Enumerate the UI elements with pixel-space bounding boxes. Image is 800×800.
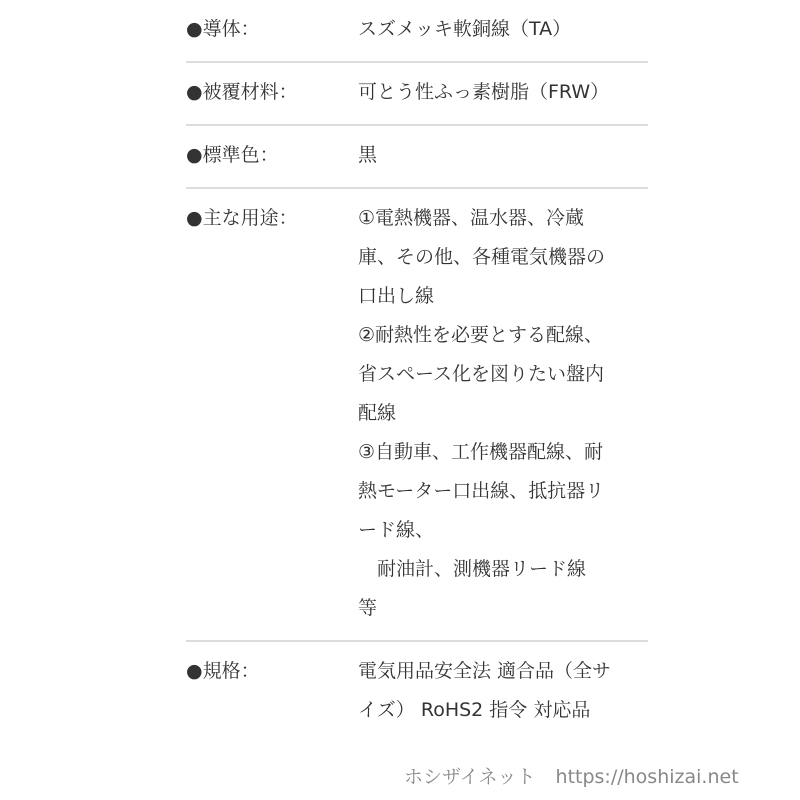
spec-label: ●規格： xyxy=(186,652,358,730)
spec-row-coating: ●被覆材料： 可とう性ふっ素樹脂（FRW） xyxy=(186,63,648,126)
spec-label: ●主な用途： xyxy=(186,199,358,628)
spec-value: スズメッキ軟銅線（TA） xyxy=(358,10,648,49)
spec-value: 黒 xyxy=(358,136,648,175)
spec-row-conductor: ●導体： スズメッキ軟銅線（TA） xyxy=(186,0,648,63)
spec-value: 可とう性ふっ素樹脂（FRW） xyxy=(358,73,648,112)
spec-value-line: 黒 xyxy=(358,136,648,175)
spec-value-line: スズメッキ軟銅線（TA） xyxy=(358,10,648,49)
spec-value-line: 等 xyxy=(358,589,648,628)
spec-row-color: ●標準色： 黒 xyxy=(186,126,648,189)
spec-value-line: ード線、 xyxy=(358,511,648,550)
spec-label: ●被覆材料： xyxy=(186,73,358,112)
spec-value-line: 耐油計、測機器リード線 xyxy=(358,550,648,589)
spec-value-line: 庫、その他、各種電気機器の xyxy=(358,238,648,277)
spec-label: ●導体： xyxy=(186,10,358,49)
spec-value-line: 口出し線 xyxy=(358,277,648,316)
spec-row-standards: ●規格： 電気用品安全法 適合品（全サ イズ） RoHS2 指令 対応品 xyxy=(186,642,648,742)
watermark-url: https://hoshizai.net xyxy=(556,766,739,788)
spec-value: ①電熱機器、温水器、冷蔵 庫、その他、各種電気機器の 口出し線 ②耐熱性を必要と… xyxy=(358,199,648,628)
spec-label: ●標準色： xyxy=(186,136,358,175)
watermark: ホシザイネット https://hoshizai.net xyxy=(404,762,753,789)
spec-value-line: 省スペース化を図りたい盤内 xyxy=(358,355,648,394)
spec-value-line: ①電熱機器、温水器、冷蔵 xyxy=(358,199,648,238)
spec-value: 電気用品安全法 適合品（全サ イズ） RoHS2 指令 対応品 xyxy=(358,652,648,730)
watermark-brand: ホシザイネット xyxy=(404,766,535,788)
spec-value-line: 熱モーター口出線、抵抗器リ xyxy=(358,472,648,511)
spec-value-line: 電気用品安全法 適合品（全サ xyxy=(358,652,648,691)
spec-value-line: ②耐熱性を必要とする配線、 xyxy=(358,316,648,355)
spec-value-line: イズ） RoHS2 指令 対応品 xyxy=(358,691,648,730)
spec-table: ●導体： スズメッキ軟銅線（TA） ●被覆材料： 可とう性ふっ素樹脂（FRW） … xyxy=(186,0,648,742)
spec-value-line: 配線 xyxy=(358,394,648,433)
spec-value-line: 可とう性ふっ素樹脂（FRW） xyxy=(358,73,648,112)
spec-value-line: ③自動車、工作機器配線、耐 xyxy=(358,433,648,472)
spec-row-uses: ●主な用途： ①電熱機器、温水器、冷蔵 庫、その他、各種電気機器の 口出し線 ②… xyxy=(186,189,648,642)
